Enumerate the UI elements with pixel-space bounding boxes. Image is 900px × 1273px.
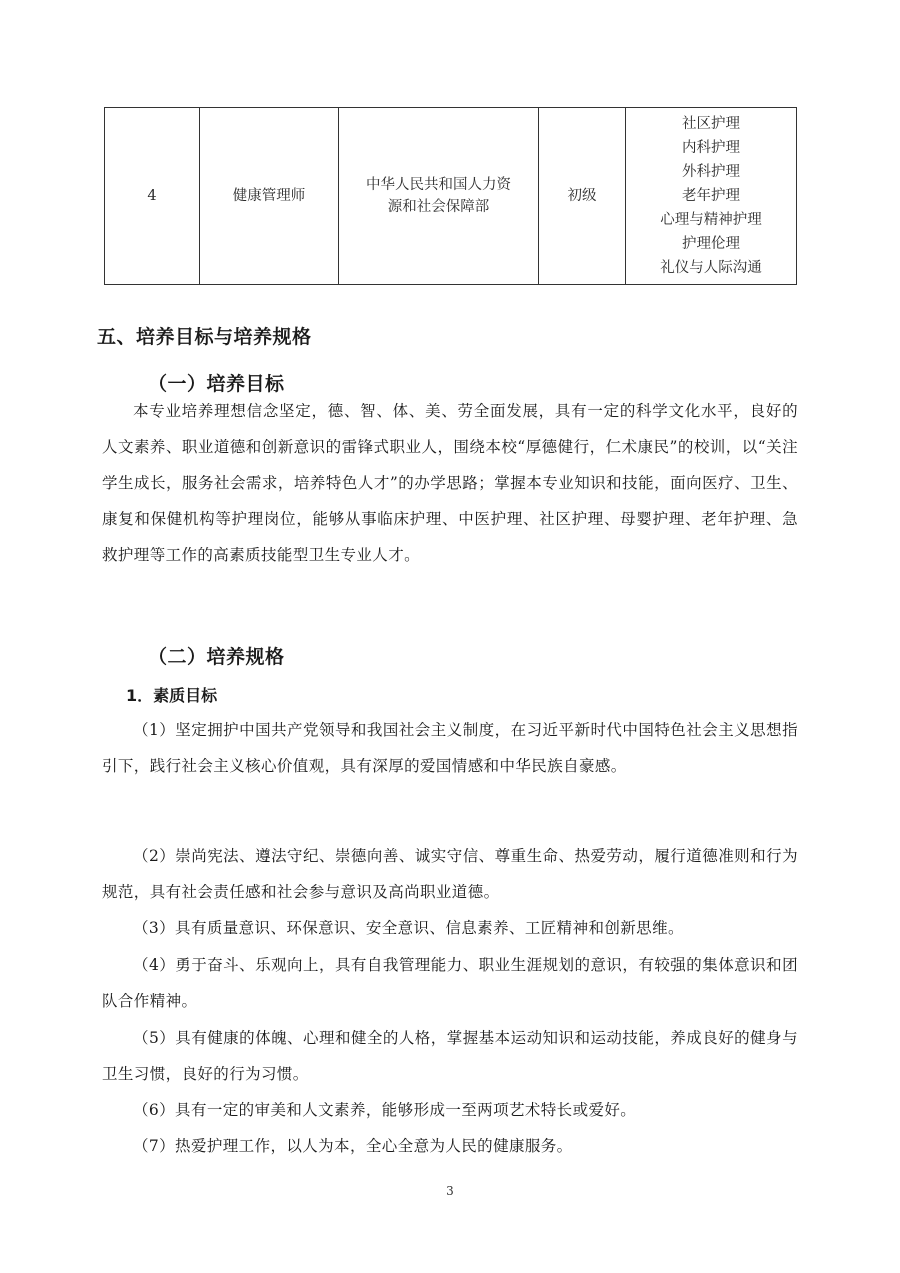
page-number: 3 — [0, 1184, 900, 1198]
issuer-text: 中华人民共和国人力资源和社会保障部 — [366, 177, 511, 215]
section-heading: 五、培养目标与培养规格 — [97, 322, 312, 349]
course-item: 礼仪与人际沟通 — [660, 256, 762, 280]
goals-paragraph: 本专业培养理想信念坚定，德、智、体、美、劳全面发展，具有一定的科学文化水平，良好… — [102, 393, 798, 573]
item-heading-quality: 1．素质目标 — [126, 683, 217, 706]
cell-index: 4 — [105, 108, 200, 285]
cell-certificate: 健康管理师 — [200, 108, 339, 285]
certificate-table: 4 健康管理师 中华人民共和国人力资源和社会保障部 初级 社区护理 内科护理 外… — [104, 107, 797, 285]
subsection-heading-goals: （一）培养目标 — [148, 369, 285, 396]
quality-point-3: （3）具有质量意识、环保意识、安全意识、信息素养、工匠精神和创新思维。 — [102, 910, 798, 946]
quality-point-6: （6）具有一定的审美和人文素养，能够形成一至两项艺术特长或爱好。 — [102, 1092, 798, 1128]
cell-issuer: 中华人民共和国人力资源和社会保障部 — [339, 108, 539, 285]
quality-point-1: （1）坚定拥护中国共产党领导和我国社会主义制度，在习近平新时代中国特色社会主义思… — [102, 712, 798, 784]
cell-level: 初级 — [539, 108, 626, 285]
course-item: 内科护理 — [682, 136, 740, 160]
course-list: 社区护理 内科护理 外科护理 老年护理 心理与精神护理 护理伦理 礼仪与人际沟通 — [626, 108, 796, 284]
quality-point-5: （5）具有健康的体魄、心理和健全的人格，掌握基本运动知识和运动技能，养成良好的健… — [102, 1020, 798, 1092]
course-item: 外科护理 — [682, 160, 740, 184]
cell-courses: 社区护理 内科护理 外科护理 老年护理 心理与精神护理 护理伦理 礼仪与人际沟通 — [626, 108, 797, 285]
course-item: 老年护理 — [682, 184, 740, 208]
course-item: 社区护理 — [682, 112, 740, 136]
quality-point-7: （7）热爱护理工作，以人为本，全心全意为人民的健康服务。 — [102, 1128, 798, 1164]
course-item: 护理伦理 — [682, 232, 740, 256]
table-row: 4 健康管理师 中华人民共和国人力资源和社会保障部 初级 社区护理 内科护理 外… — [105, 108, 797, 285]
quality-point-4: （4）勇于奋斗、乐观向上，具有自我管理能力、职业生涯规划的意识，有较强的集体意识… — [102, 947, 798, 1019]
quality-point-2: （2）崇尚宪法、遵法守纪、崇德向善、诚实守信、尊重生命、热爱劳动，履行道德准则和… — [102, 838, 798, 910]
subsection-heading-specs: （二）培养规格 — [148, 642, 285, 669]
document-page: 4 健康管理师 中华人民共和国人力资源和社会保障部 初级 社区护理 内科护理 外… — [0, 0, 900, 1273]
course-item: 心理与精神护理 — [660, 208, 762, 232]
